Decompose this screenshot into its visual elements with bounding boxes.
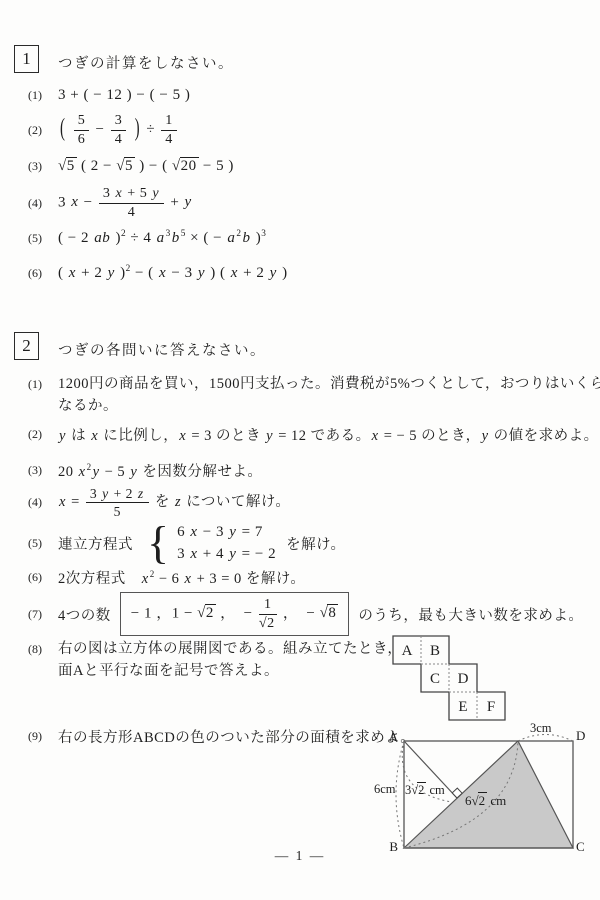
math-expression: 右の長方形ABCDの色のついた部分の面積を求めよ。 [58,726,415,747]
problem-item: (8) 右の図は立方体の展開図である。組み立てたとき， 面Aと平行な面を記号で答… [28,638,402,682]
exam-page: 1 つぎの計算をしなさい。 (1) 3 + ( − 12 ) − ( − 5 )… [0,0,600,900]
item-label: (3) [28,463,58,478]
math-expression: y は x に比例し，x = 3 のとき y = 12 である。x = − 5 … [58,424,599,445]
item-label: (3) [28,159,58,174]
item-label: (9) [28,729,58,744]
question-suffix: を解け。 [286,533,345,554]
page-number: — 1 — [0,848,600,864]
problem-item: (1) 3 + ( − 12 ) − ( − 5 ) [28,87,190,104]
item-label: (4) [28,196,58,211]
equation-system: 6 x − 3 y = 7 3 x + 4 y = − 2 [177,523,276,564]
item-label: (2) [28,427,58,442]
item-label: (7) [28,607,58,622]
arc-top-3cm [518,735,573,742]
question-text: 連立方程式 [58,533,133,554]
question-line: 1200円の商品を買い，1500円支払った。消費税が5%つくとして，おつりはいく… [58,373,600,395]
item-label: (5) [28,536,58,551]
question-text: 右の図は立方体の展開図である。組み立てたとき， 面Aと平行な面を記号で答えよ。 [58,638,402,682]
question-line: 右の図は立方体の展開図である。組み立てたとき， [58,638,402,660]
item-label: (6) [28,266,58,281]
section-2-number-box: 2 [14,332,39,360]
net-face-label: A [402,643,413,659]
problem-item: (7) 4つの数 − 1 ，1 − √2 ， − 1√2 ， − √8 のうち，… [28,592,583,636]
section-2-prompt: つぎの各問いに答えなさい。 [58,339,266,360]
question-prefix: 4つの数 [58,604,111,625]
section-number: 2 [22,336,31,356]
equation-1: 6 x − 3 y = 7 [177,523,276,542]
measure-3cm: 3cm [530,722,552,735]
section-1-prompt: つぎの計算をしなさい。 [58,52,234,73]
question-text: 1200円の商品を買い，1500円支払った。消費税が5%つくとして，おつりはいく… [58,373,600,417]
math-expression: ( 56 − 34 ) ÷ 14 [58,113,179,147]
section-number: 1 [22,49,31,69]
item-label: (2) [28,123,58,138]
problem-item: (2) y は x に比例し，x = 3 のとき y = 12 である。x = … [28,424,599,445]
problem-item: (6) ( x + 2 y )2 − ( x − 3 y ) ( x + 2 y… [28,265,288,282]
net-face-label: B [430,643,440,659]
math-expression: ( − 2 ab )2 ÷ 4 a3b5 × ( − a2b )3 [58,230,266,247]
section-1-number-box: 1 [14,45,39,73]
problem-item: (1) 1200円の商品を買い，1500円支払った。消費税が5%つくとして，おつ… [28,373,600,417]
corner-label-a: A [382,730,398,743]
item-label: (1) [28,88,58,103]
problem-item: (4) 3 x − 3 x + 5 y4 + y [28,186,193,220]
problem-item: (5) 連立方程式 { 6 x − 3 y = 7 3 x + 4 y = − … [28,520,346,566]
question-suffix: のうち，最も大きい数を求めよ。 [358,604,583,625]
problem-item: (3) 20 x2y − 5 y を因数分解せよ。 [28,460,262,481]
math-expression: 2次方程式 x2 − 6 x + 3 = 0 を解け。 [58,567,305,588]
system-brace: { [147,520,169,566]
problem-item: (3) √5 ( 2 − √5 ) − ( √20 − 5 ) [28,158,234,175]
rectangle-figure: A D B C 6cm 3cm 3√2 cm 6√2 cm [372,720,592,862]
item-label: (4) [28,495,58,510]
measure-3root2: 3√2 cm [405,784,445,797]
measure-6root2: 6√2 cm [465,794,506,807]
question-line: なるか。 [58,395,600,417]
problem-item: (6) 2次方程式 x2 − 6 x + 3 = 0 を解け。 [28,567,305,588]
item-label: (8) [28,638,58,660]
question-line: 面Aと平行な面を記号で答えよ。 [58,660,402,682]
measure-6cm: 6cm [374,783,396,796]
cube-net-svg: A B C D E F [392,635,506,721]
cube-net-figure: A B C D E F [392,635,506,721]
problem-item: (9) 右の長方形ABCDの色のついた部分の面積を求めよ。 [28,726,415,747]
net-face-label: E [458,699,467,715]
problem-item: (4) x = 3 y + 2 z5 を z について解け。 [28,486,290,519]
math-expression: 20 x2y − 5 y を因数分解せよ。 [58,460,262,481]
math-expression: 3 x − 3 x + 5 y4 + y [58,186,193,220]
problem-item: (5) ( − 2 ab )2 ÷ 4 a3b5 × ( − a2b )3 [28,230,266,247]
math-expression: ( x + 2 y )2 − ( x − 3 y ) ( x + 2 y ) [58,265,288,282]
math-expression: − 1 ，1 − √2 ， − 1√2 ， − √8 [131,597,339,631]
net-face-label: C [430,671,440,687]
math-expression: √5 ( 2 − √5 ) − ( √20 − 5 ) [58,158,234,175]
corner-label-d: D [576,729,585,742]
item-label: (1) [28,373,58,395]
arc-left-6cm [396,741,404,848]
number-choices-box: − 1 ，1 − √2 ， − 1√2 ， − √8 [120,592,350,636]
net-face-label: D [458,671,469,687]
math-expression: x = 3 y + 2 z5 を z について解け。 [58,486,290,519]
problem-item: (2) ( 56 − 34 ) ÷ 14 [28,113,179,147]
item-label: (5) [28,231,58,246]
item-label: (6) [28,570,58,585]
equation-2: 3 x + 4 y = − 2 [177,545,276,564]
math-expression: 3 + ( − 12 ) − ( − 5 ) [58,87,190,104]
net-face-label: F [487,699,495,715]
